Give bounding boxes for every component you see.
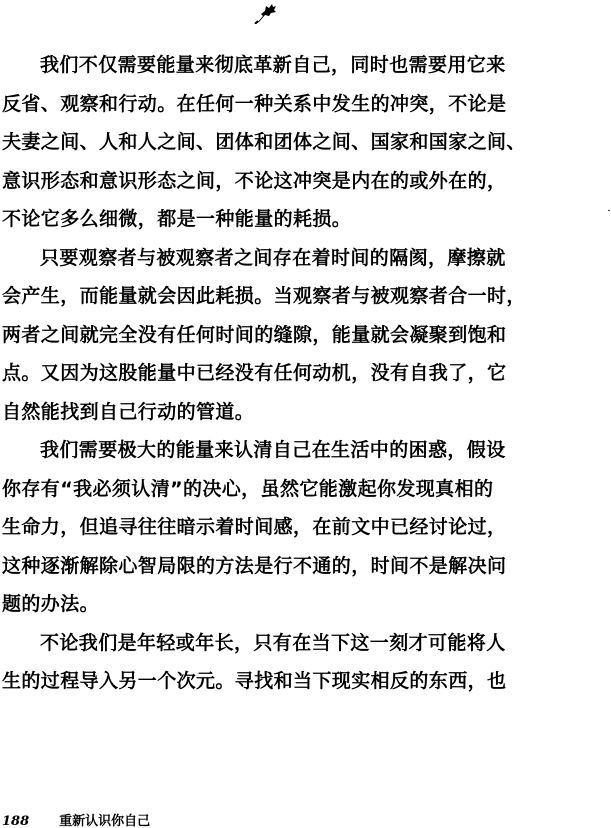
text-line: 这种逐渐解除心智局限的方法是行不通的，时间不是解决问 [2, 547, 526, 586]
text-line: 生命力，但追寻往往暗示着时间感，在前文中已经讨论过， [2, 508, 526, 547]
stray-mark [608, 210, 610, 211]
text-line: 反省、观察和行动。在任何一种关系中发生的冲突，不论是 [2, 85, 526, 124]
text-line: 只要观察者与被观察者之间存在着时间的隔阂，摩擦就 [2, 239, 526, 278]
text-line: 两者之间就完全没有任何时间的缝隙，能量就会凝聚到饱和 [2, 316, 526, 355]
text-line: 你存有“我必须认清”的决心，虽然它能激起你发现真相的 [2, 470, 526, 509]
paragraph-1: 我们不仅需要能量来彻底革新自己，同时也需要用它来 反省、观察和行动。在任何一种关… [2, 46, 526, 239]
paragraph-3: 我们需要极大的能量来认清自己在生活中的困惑，假设 你存有“我必须认清”的决心，虽… [2, 431, 526, 624]
text-line: 会产生，而能量就会因此耗损。当观察者与被观察者合一时， [2, 277, 526, 316]
page-body: 我们不仅需要能量来彻底革新自己，同时也需要用它来 反省、观察和行动。在任何一种关… [2, 46, 526, 701]
text-line: 我们需要极大的能量来认清自己在生活中的困惑，假设 [2, 431, 526, 470]
text-line: 题的办法。 [2, 585, 526, 624]
text-line: 点。又因为这股能量中已经没有任何动机，没有自我了，它 [2, 354, 526, 393]
running-title: 重新认识你自己 [59, 810, 150, 828]
text-line: 意识形态和意识形态之间，不论这冲突是内在的或外在的， [2, 162, 526, 201]
text-line: 我们不仅需要能量来彻底革新自己，同时也需要用它来 [2, 46, 526, 85]
quill-pen-icon [253, 2, 277, 24]
text-line: 生的过程导入另一个次元。寻找和当下现实相反的东西，也 [2, 662, 526, 701]
text-line: 自然能找到自己行动的管道。 [2, 393, 526, 432]
page-footer: 188 重新认识你自己 [2, 810, 150, 828]
text-line: 夫妻之间、人和人之间、团体和团体之间、国家和国家之间、 [2, 123, 526, 162]
page-number: 188 [2, 814, 29, 828]
paragraph-2: 只要观察者与被观察者之间存在着时间的隔阂，摩擦就 会产生，而能量就会因此耗损。当… [2, 239, 526, 432]
text-line: 不论它多么细微，都是一种能量的耗损。 [2, 200, 526, 239]
paragraph-4: 不论我们是年轻或年长，只有在当下这一刻才可能将人 生的过程导入另一个次元。寻找和… [2, 624, 526, 701]
text-line: 不论我们是年轻或年长，只有在当下这一刻才可能将人 [2, 624, 526, 663]
